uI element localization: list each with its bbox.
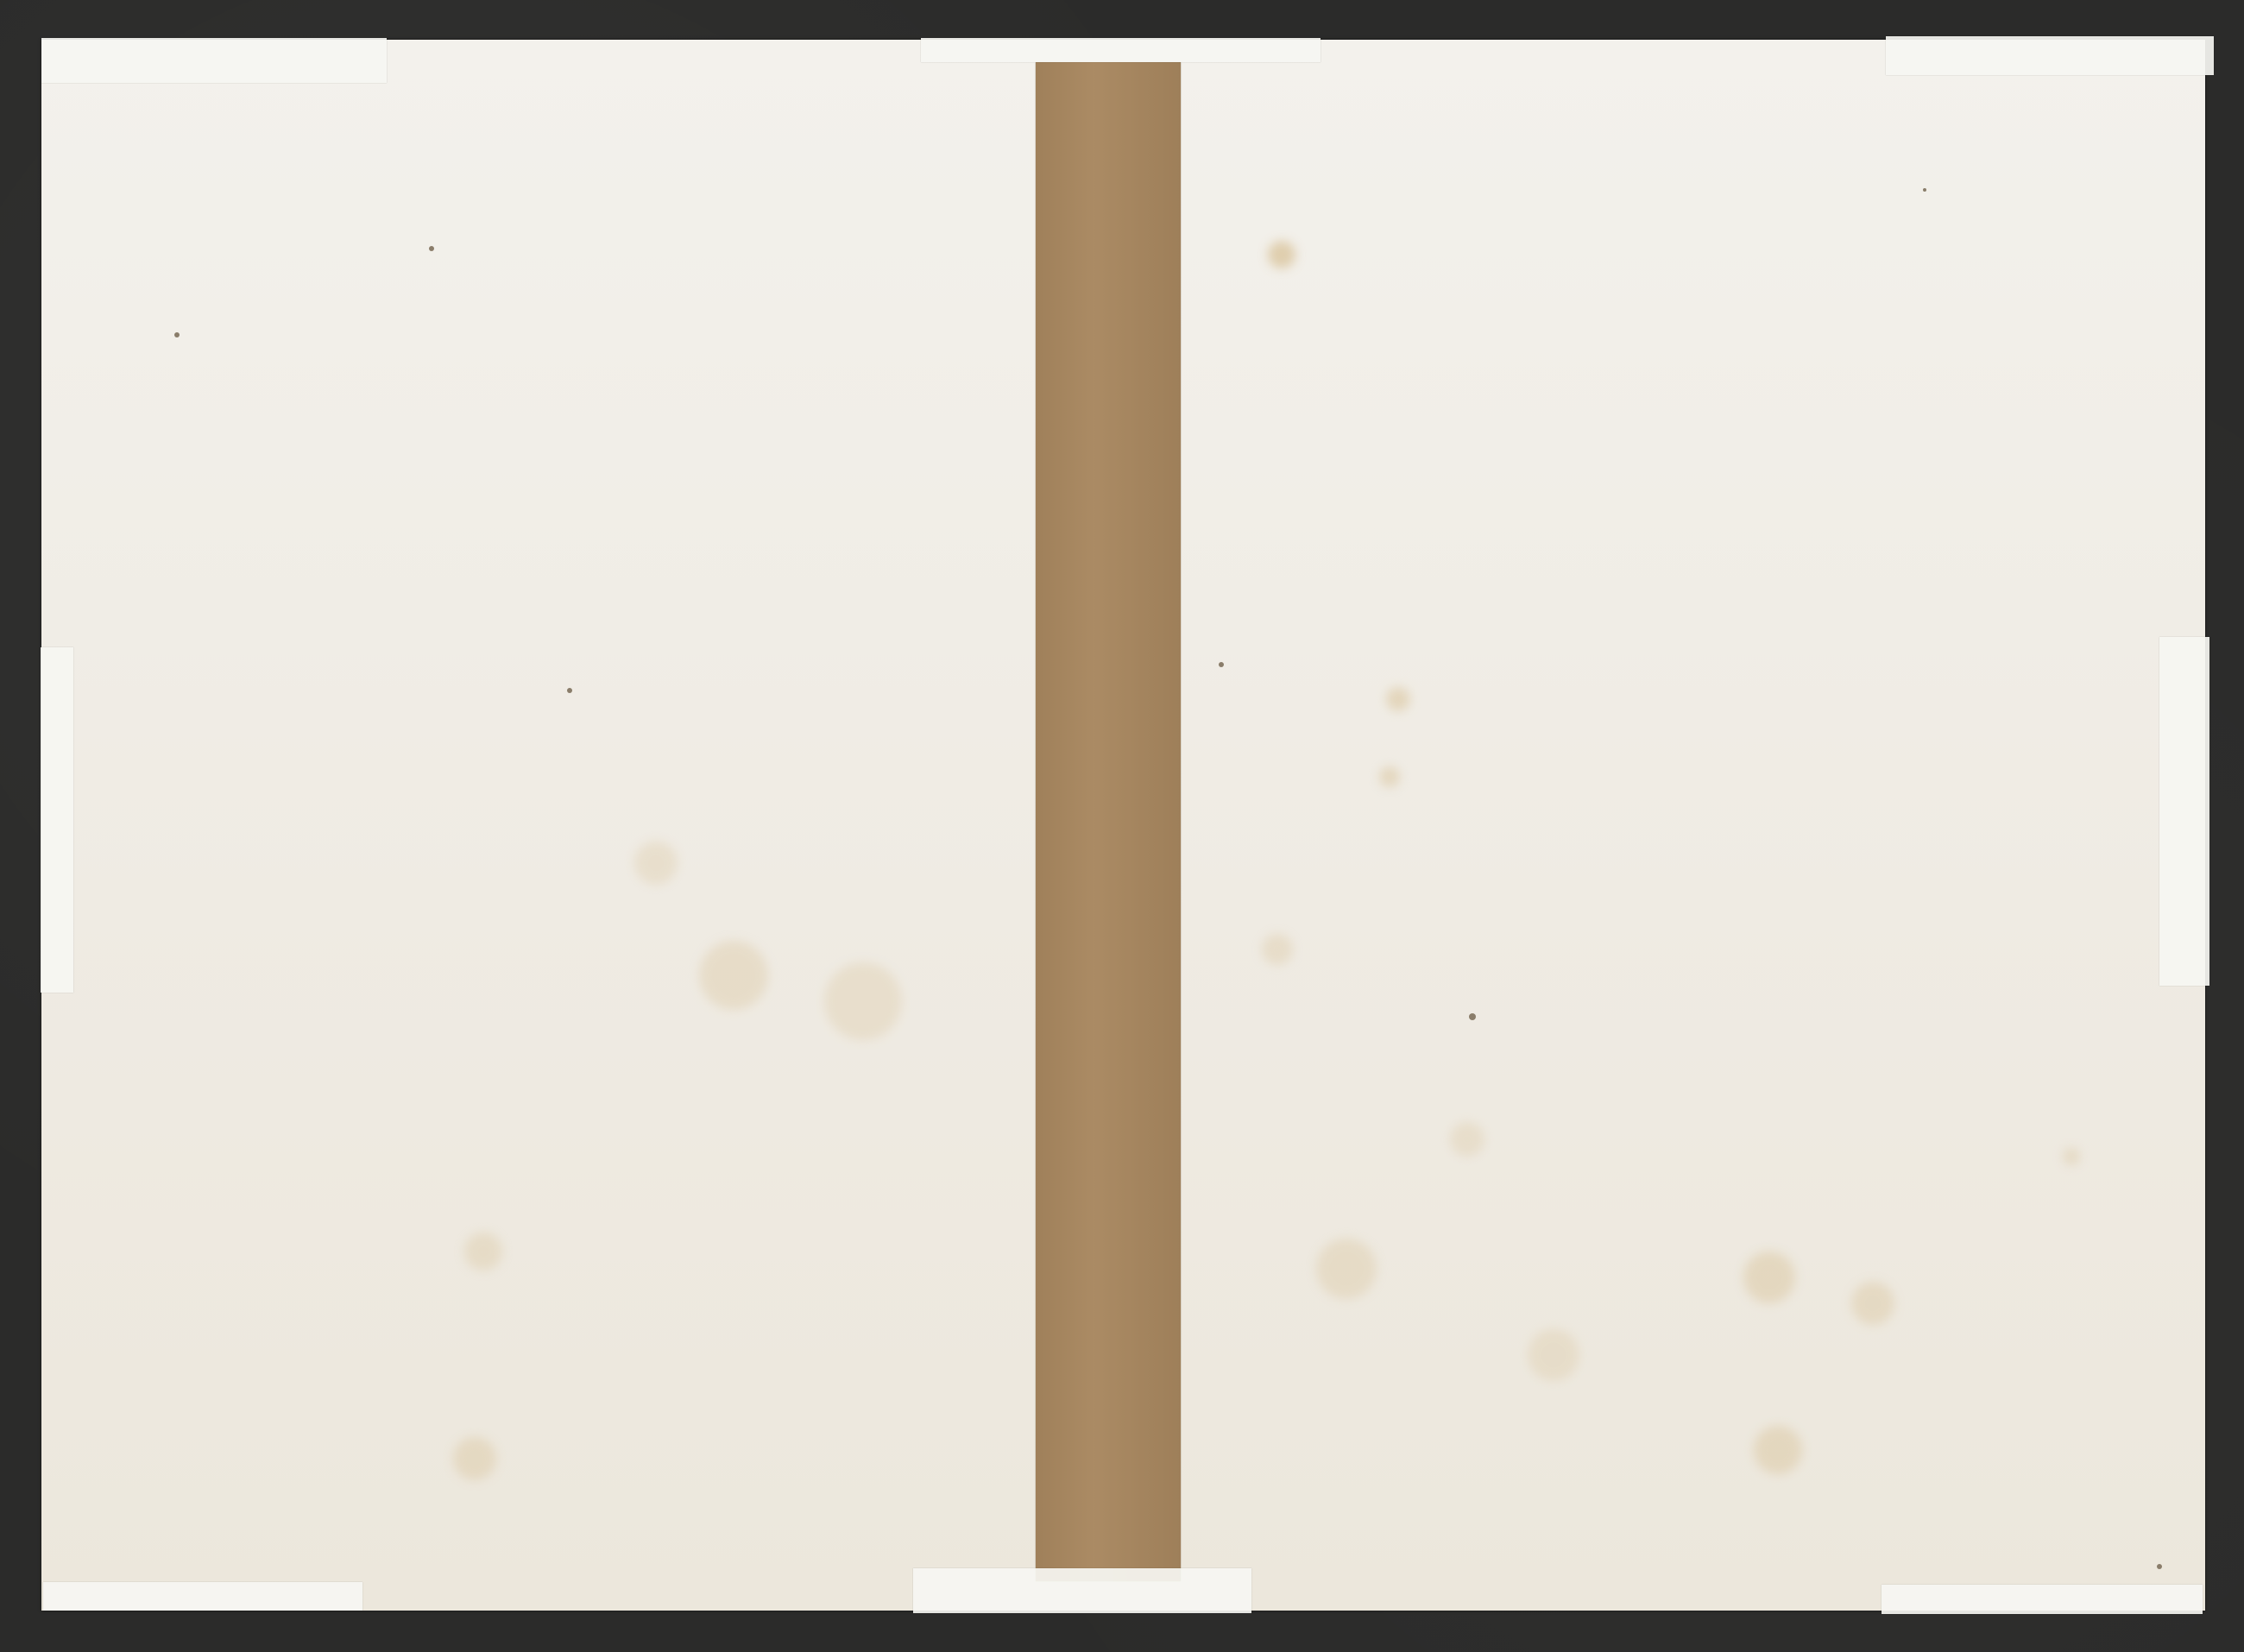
speck	[2157, 1564, 2162, 1569]
speck	[1469, 1013, 1476, 1020]
brown-paper-strip	[1036, 62, 1181, 1581]
stain	[1268, 241, 1295, 268]
speck	[1219, 662, 1224, 667]
tape-top-right	[1886, 36, 2214, 75]
speck	[174, 332, 180, 337]
stain	[1754, 1426, 1802, 1474]
stain	[453, 1437, 496, 1480]
tape-bottom-right	[1882, 1585, 2203, 1614]
stain	[824, 962, 902, 1040]
tape-bottom-left	[43, 1582, 362, 1611]
stain	[1379, 766, 1400, 787]
speck	[429, 246, 434, 251]
stain	[699, 941, 768, 1010]
stain	[1316, 1239, 1377, 1299]
stain	[1386, 687, 1410, 711]
stain	[1743, 1252, 1795, 1303]
speck	[1923, 188, 1926, 192]
stain	[2063, 1148, 2080, 1165]
stain	[1528, 1329, 1579, 1381]
stain	[1851, 1282, 1894, 1325]
tape-top-center	[921, 38, 1321, 62]
speck	[567, 688, 572, 693]
tape-right-middle	[2159, 637, 2209, 986]
tape-left-middle	[41, 647, 73, 993]
tape-top-left	[41, 38, 387, 83]
stain	[634, 842, 678, 885]
stain	[1450, 1122, 1484, 1157]
stain	[1262, 934, 1293, 965]
tape-bottom-center	[913, 1568, 1251, 1613]
stain	[464, 1233, 502, 1271]
